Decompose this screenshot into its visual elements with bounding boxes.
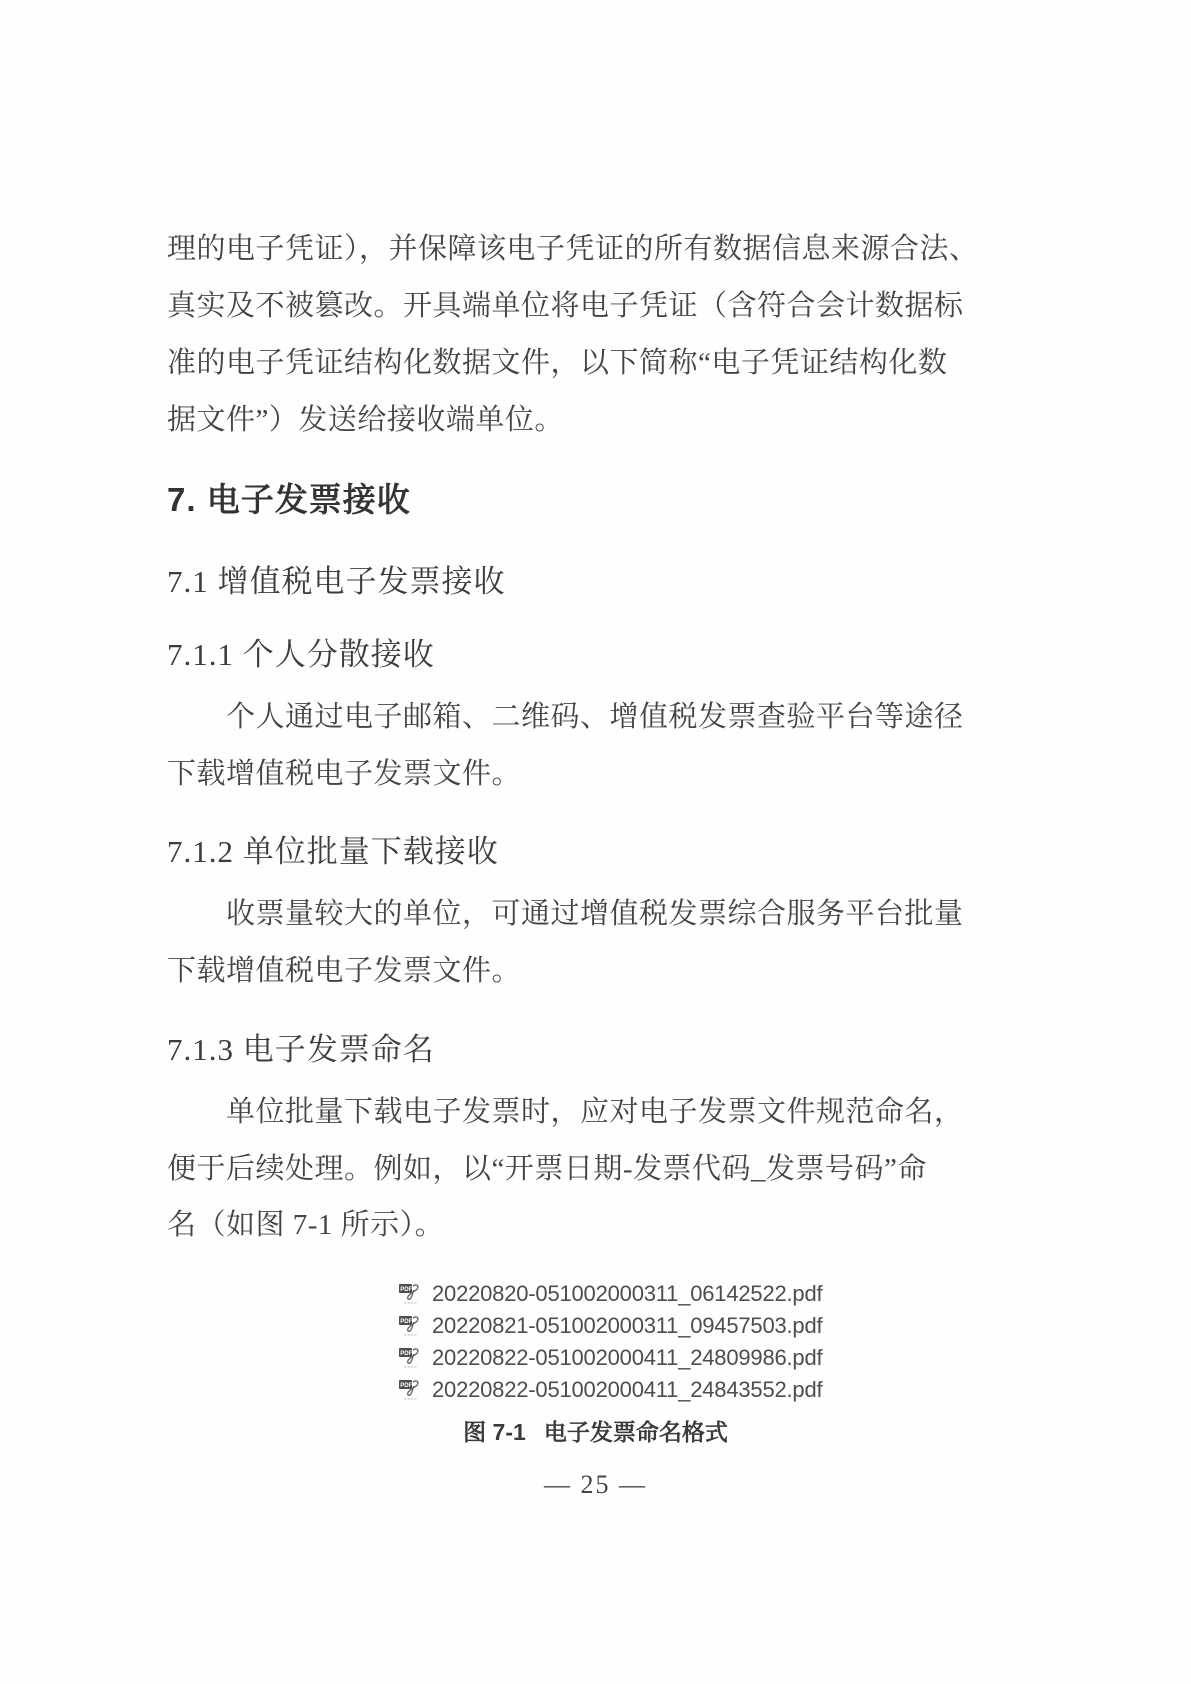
svg-text:PDF: PDF xyxy=(400,1383,412,1389)
paragraph-line: 真实及不被篡改。开具端单位将电子凭证（含符合会计数据标 xyxy=(167,283,964,324)
section-heading-7-1: 7.1 增值税电子发票接收 xyxy=(167,556,506,601)
paragraph-line: 据文件”）发送给接收端单位。 xyxy=(167,397,564,438)
section-heading-7: 7. 电子发票接收 xyxy=(167,474,411,521)
figure-caption-label: 图 7-1 xyxy=(463,1419,526,1445)
svg-text:PDF: PDF xyxy=(400,1351,412,1357)
paragraph-line: 便于后续处理。例如，以“开票日期-发票代码_发票号码”命 xyxy=(167,1146,927,1187)
paragraph-line: 单位批量下载电子发票时，应对电子发票文件规范命名， xyxy=(226,1089,964,1130)
file-name: 20220822-051002000411_24809986.pdf xyxy=(432,1345,822,1371)
pdf-file-icon: PDF xyxy=(399,1315,423,1337)
pdf-file-icon: PDF xyxy=(399,1347,423,1369)
file-list-item: PDF 20220822-051002000411_24809986.pdf xyxy=(399,1342,822,1374)
figure-file-list: PDF 20220820-051002000311_06142522.pdf P… xyxy=(399,1278,822,1406)
svg-text:PDF: PDF xyxy=(400,1287,412,1293)
paragraph-line: 个人通过电子邮箱、二维码、增值税发票查验平台等途径 xyxy=(226,694,964,735)
figure-caption: 图 7-1电子发票命名格式 xyxy=(0,1414,1191,1447)
section-heading-7-1-3: 7.1.3 电子发票命名 xyxy=(167,1024,435,1069)
file-list-item: PDF 20220822-051002000411_24843552.pdf xyxy=(399,1374,822,1406)
svg-text:PDF: PDF xyxy=(400,1319,412,1325)
section-heading-7-1-2: 7.1.2 单位批量下载接收 xyxy=(167,826,499,871)
paragraph-line: 准的电子凭证结构化数据文件，以下简称“电子凭证结构化数 xyxy=(167,340,947,381)
page-number: — 25 — xyxy=(0,1470,1191,1500)
paragraph-line: 下载增值税电子发票文件。 xyxy=(167,751,521,792)
file-name: 20220821-051002000311_09457503.pdf xyxy=(432,1313,822,1339)
file-name: 20220822-051002000411_24843552.pdf xyxy=(432,1377,822,1403)
pdf-file-icon: PDF xyxy=(399,1283,423,1305)
file-list-item: PDF 20220821-051002000311_09457503.pdf xyxy=(399,1310,822,1342)
paragraph-line: 名（如图 7-1 所示）。 xyxy=(167,1202,444,1243)
figure-caption-text: 电子发票命名格式 xyxy=(544,1419,728,1445)
file-list-item: PDF 20220820-051002000311_06142522.pdf xyxy=(399,1278,822,1310)
section-heading-7-1-1: 7.1.1 个人分散接收 xyxy=(167,629,435,674)
paragraph-line: 收票量较大的单位，可通过增值税发票综合服务平台批量 xyxy=(226,891,964,932)
file-name: 20220820-051002000311_06142522.pdf xyxy=(432,1281,822,1307)
pdf-file-icon: PDF xyxy=(399,1379,423,1401)
paragraph-line: 下载增值税电子发票文件。 xyxy=(167,948,521,989)
document-page: 理的电子凭证），并保障该电子凭证的所有数据信息来源合法、 真实及不被篡改。开具端… xyxy=(0,0,1191,1684)
paragraph-line: 理的电子凭证），并保障该电子凭证的所有数据信息来源合法、 xyxy=(167,226,979,267)
